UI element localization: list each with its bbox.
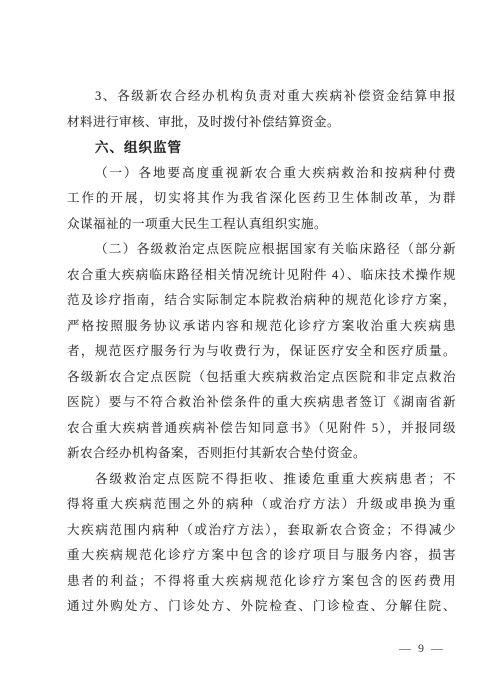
text-line: 新农合经办机构备案，否则拒付其新农合垫付资金。 [67,441,456,467]
text-line: 3、各级新农合经办机构负责对重大疾病补偿资金结算申报 [67,84,456,110]
text-block: 3、各级新农合经办机构负责对重大疾病补偿资金结算申报 材料进行审核、审批，及时拨… [67,84,456,620]
section-heading-line: 六、组织监管 [67,135,456,161]
text-line: 者，规范医疗服务行为与收费行为，保证医疗安全和医疗质量。 [67,339,456,365]
text-line: 医院）要与不符合救治补偿条件的重大疾病患者签订《湖南省新 [67,390,456,416]
text-line: 材料进行审核、审批，及时拨付补偿结算资金。 [67,110,456,136]
text-line: 严格按照服务协议承诺内容和规范化诊疗方案收治重大疾病患 [67,314,456,340]
text-line: 范及诊疗指南，结合实际制定本院救治病种的规范化诊疗方案， [67,288,456,314]
text-line: 通过外购处方、门诊处方、外院检查、门诊检查、分解住院、 [67,594,456,620]
text-line: 重大疾病规范化诊疗方案中包含的诊疗项目与服务内容，损害 [67,543,456,569]
text-line: 得将重大疾病范围之外的病种（或治疗方法）升级或串换为重 [67,492,456,518]
document-page: 3、各级新农合经办机构负责对重大疾病补偿资金结算申报 材料进行审核、审批，及时拨… [0,0,495,700]
text-line: 各级新农合定点医院（包括重大疾病救治定点医院和非定点救治 [67,365,456,391]
text-line: 农合重大疾病普通疾病补偿告知同意书》（见附件 5），并报同级 [67,416,456,442]
text-line: 患者的利益；不得将重大疾病规范化诊疗方案包含的医药费用 [67,569,456,595]
text-line: 众谋福祉的一项重大民生工程认真组织实施。 [67,212,456,238]
text-line: 农合重大疾病临床路径相关情况统计见附件 4）、临床技术操作规 [67,263,456,289]
text-line: （二）各级救治定点医院应根据国家有关临床路径（部分新 [67,237,456,263]
text-line: （一）各地要高度重视新农合重大疾病救治和按病种付费 [67,161,456,187]
text-line: 各级救治定点医院不得拒收、推诿危重重大疾病患者；不 [67,467,456,493]
text-line: 大疾病范围内病种（或治疗方法），套取新农合资金；不得减少 [67,518,456,544]
text-line: 工作的开展，切实将其作为我省深化医药卫生体制改革，为群 [67,186,456,212]
page-number: — 9 — [399,641,445,656]
